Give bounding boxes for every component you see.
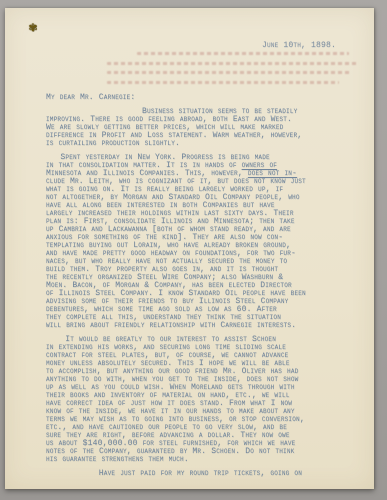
letter-date: June 10th, 1898. (262, 42, 336, 50)
scan-background: ✾ June 10th, 1898. My dear Mr. Carnegie:… (0, 0, 387, 500)
paragraph: Have just paid for my round trip tickets… (46, 470, 372, 478)
letter-line: his guarantee strengthens them much. (46, 456, 372, 464)
letter-page: ✾ June 10th, 1898. My dear Mr. Carnegie:… (5, 8, 374, 489)
letter-line: Have just paid for my round trip tickets… (46, 470, 372, 478)
ink-bleedthrough-line (137, 52, 349, 55)
paragraph: It would be greatly to our interest to a… (46, 336, 372, 464)
salutation: My dear Mr. Carnegie: (46, 94, 135, 102)
ink-bleedthrough-line (107, 71, 351, 74)
ink-bleedthrough-line (107, 62, 359, 65)
embossed-seal-icon: ✾ (29, 21, 37, 34)
letter-line: will bring about friendly relationship w… (46, 322, 372, 330)
ink-bleedthrough-line (107, 81, 339, 84)
letter-line: is curtailing production slightly. (46, 140, 372, 148)
letter-body: Business situation seems to be steadilyi… (46, 108, 372, 484)
paragraph: Spent yesterday in New York. Progress is… (46, 154, 372, 330)
paragraph: Business situation seems to be steadilyi… (46, 108, 372, 148)
ink-bleedthrough (107, 52, 359, 90)
